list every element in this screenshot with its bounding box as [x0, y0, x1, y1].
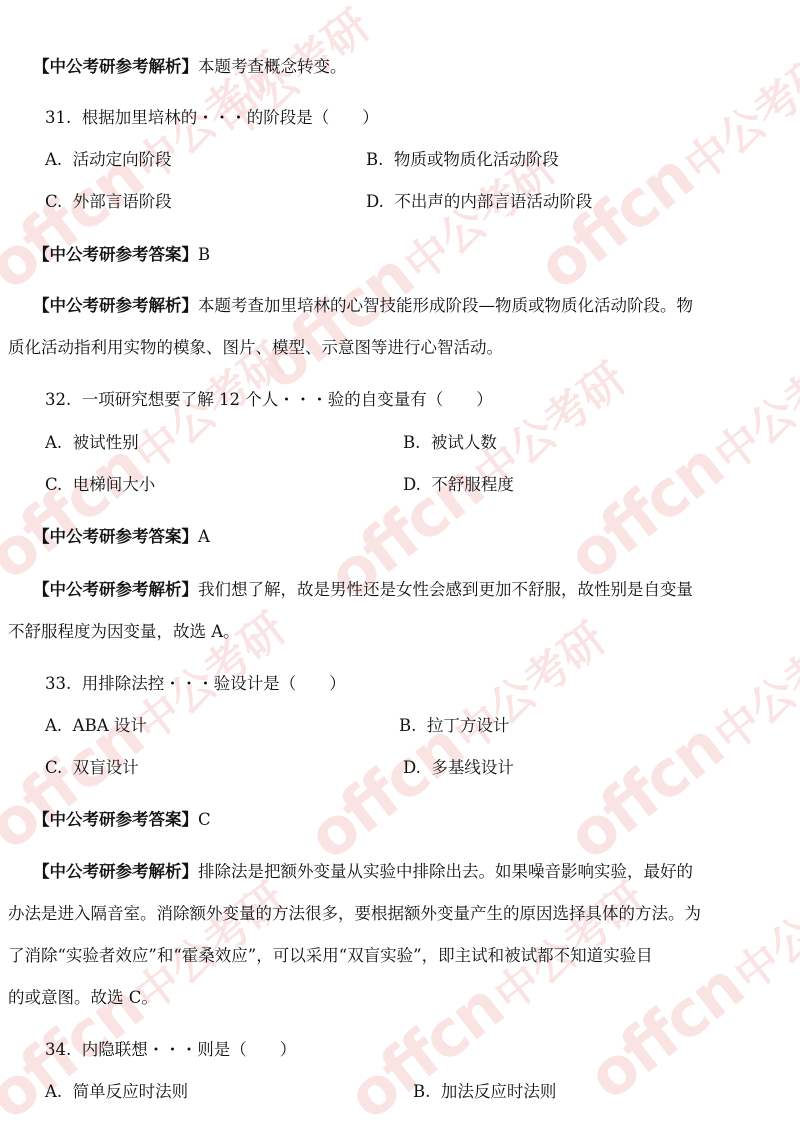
analysis-label: 【中公考研参考解析】 [33, 296, 198, 315]
question-33: 33. 用排除法控・・・验设计是（ ） [45, 674, 346, 694]
answer-label: 【中公考研参考答案】 [33, 527, 198, 546]
watermark: offcn中公考研 [245, 129, 569, 405]
watermark: offcn中公考研 [525, 29, 800, 305]
question-stem: 内隐联想・・・则是（ ） [82, 1040, 297, 1059]
watermark: offcn中公考研 [555, 319, 800, 595]
watermark: offcn中公考研 [0, 319, 299, 595]
answer-label: 【中公考研参考答案】 [33, 810, 198, 829]
question-34: 34. 内隐联想・・・则是（ ） [45, 1040, 296, 1060]
option-d: D. 不出声的内部言语活动阶段 [366, 192, 592, 212]
watermark: offcn中公考研 [295, 599, 619, 875]
question-stem: 用排除法控・・・验设计是（ ） [82, 674, 346, 693]
question-number: 31. [45, 108, 71, 127]
option-a: A. 简单反应时法则 [45, 1082, 188, 1102]
question-32: 32. 一项研究想要了解 12 个人・・・验的自变量有（ ） [45, 390, 493, 410]
analysis-text: 本题考查概念转变。 [198, 57, 347, 76]
option-b: B. 物质或物质化活动阶段 [366, 150, 559, 170]
answer-value: B [198, 245, 210, 264]
question-31: 31. 根据加里培林的・・・的阶段是（ ） [45, 108, 379, 128]
question-stem: 根据加里培林的・・・的阶段是（ ） [82, 108, 379, 127]
analysis-30: 【中公考研参考解析】本题考查概念转变。 [33, 57, 347, 77]
option-c: C. 双盲设计 [45, 758, 139, 778]
analysis-label: 【中公考研参考解析】 [33, 580, 198, 599]
question-number: 32. [45, 390, 71, 409]
answer-label: 【中公考研参考答案】 [33, 245, 198, 264]
question-number: 34. [45, 1040, 71, 1059]
answer-31: 【中公考研参考答案】B [33, 245, 210, 265]
analysis-label: 【中公考研参考解析】 [33, 57, 198, 76]
option-c: C. 外部言语阶段 [45, 192, 172, 212]
question-number: 33. [45, 674, 71, 693]
question-stem: 一项研究想要了解 12 个人・・・验的自变量有（ ） [82, 390, 493, 409]
option-b: B. 被试人数 [403, 433, 497, 453]
answer-33: 【中公考研参考答案】C [33, 810, 211, 830]
answer-value: C [198, 810, 211, 829]
option-a: A. ABA 设计 [45, 716, 147, 736]
watermark: offcn中公考研 [555, 599, 800, 875]
option-b: B. 拉丁方设计 [399, 716, 509, 736]
answer-value: A [198, 527, 210, 546]
option-d: D. 不舒服程度 [403, 475, 514, 495]
answer-32: 【中公考研参考答案】A [33, 527, 210, 547]
option-a: A. 活动定向阶段 [45, 150, 172, 170]
option-a: A. 被试性别 [45, 433, 139, 453]
option-b: B. 加法反应时法则 [413, 1082, 556, 1102]
option-c: C. 电梯间大小 [45, 475, 155, 495]
analysis-label: 【中公考研参考解析】 [33, 862, 198, 881]
option-d: D. 多基线设计 [403, 758, 514, 778]
